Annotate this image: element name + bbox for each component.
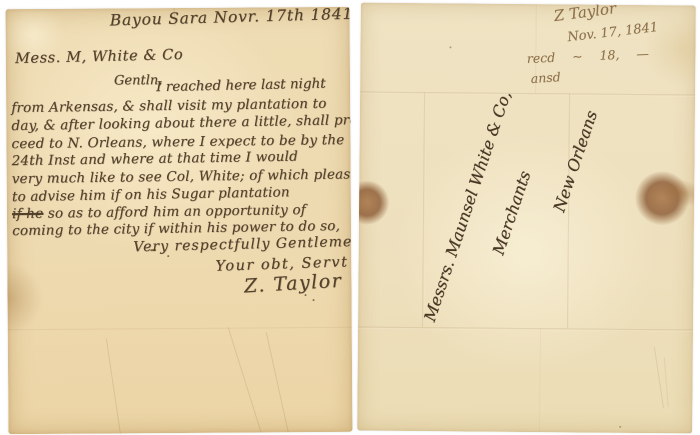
struck-words: if he	[12, 206, 44, 222]
ink-speck	[449, 46, 451, 48]
ink-speck	[150, 249, 156, 251]
docket-received-note: recd ~ 18, —	[526, 46, 649, 66]
fold-line-vertical-low	[539, 328, 542, 432]
ink-speck	[167, 255, 169, 257]
body-line-1: I reached here last night	[156, 76, 326, 96]
docket-sender: Z Taylor	[553, 3, 617, 26]
crease-line	[266, 332, 289, 433]
crease-line	[654, 347, 664, 408]
dateline: Bayou Sara Novr. 17th 1841	[110, 7, 353, 30]
closing-line-1: Very respectfully Gentlemen	[133, 234, 352, 256]
crease-line	[664, 357, 669, 407]
ink-speck	[305, 294, 307, 296]
body-line-6: very much like to see Col, White; of whi…	[12, 166, 353, 187]
addressee-line: Mess. M, White & Co	[15, 47, 184, 67]
crease-line	[228, 327, 262, 432]
docket-date: Nov. 17, 1841	[567, 20, 659, 45]
body-line-5: 24th Inst and where at that time I would	[12, 149, 299, 169]
letter-scan: Bayou Sara Novr. 17th 1841 Mess. M, Whit…	[0, 0, 700, 435]
crease-line	[106, 338, 121, 434]
letter-page-back: Z Taylor Nov. 17, 1841 recd ~ 18, — ansd…	[357, 3, 696, 434]
ink-speck	[619, 426, 621, 428]
wax-stain-left	[357, 180, 389, 224]
signature: Z. Taylor	[243, 270, 342, 298]
mailing-address-block: Messrs. Maunsel White & Co, Merchants Ne…	[409, 64, 618, 356]
letter-page-front: Bayou Sara Novr. 17th 1841 Mess. M, Whit…	[6, 7, 353, 434]
ink-speck	[313, 299, 315, 301]
crease-line	[8, 327, 352, 330]
